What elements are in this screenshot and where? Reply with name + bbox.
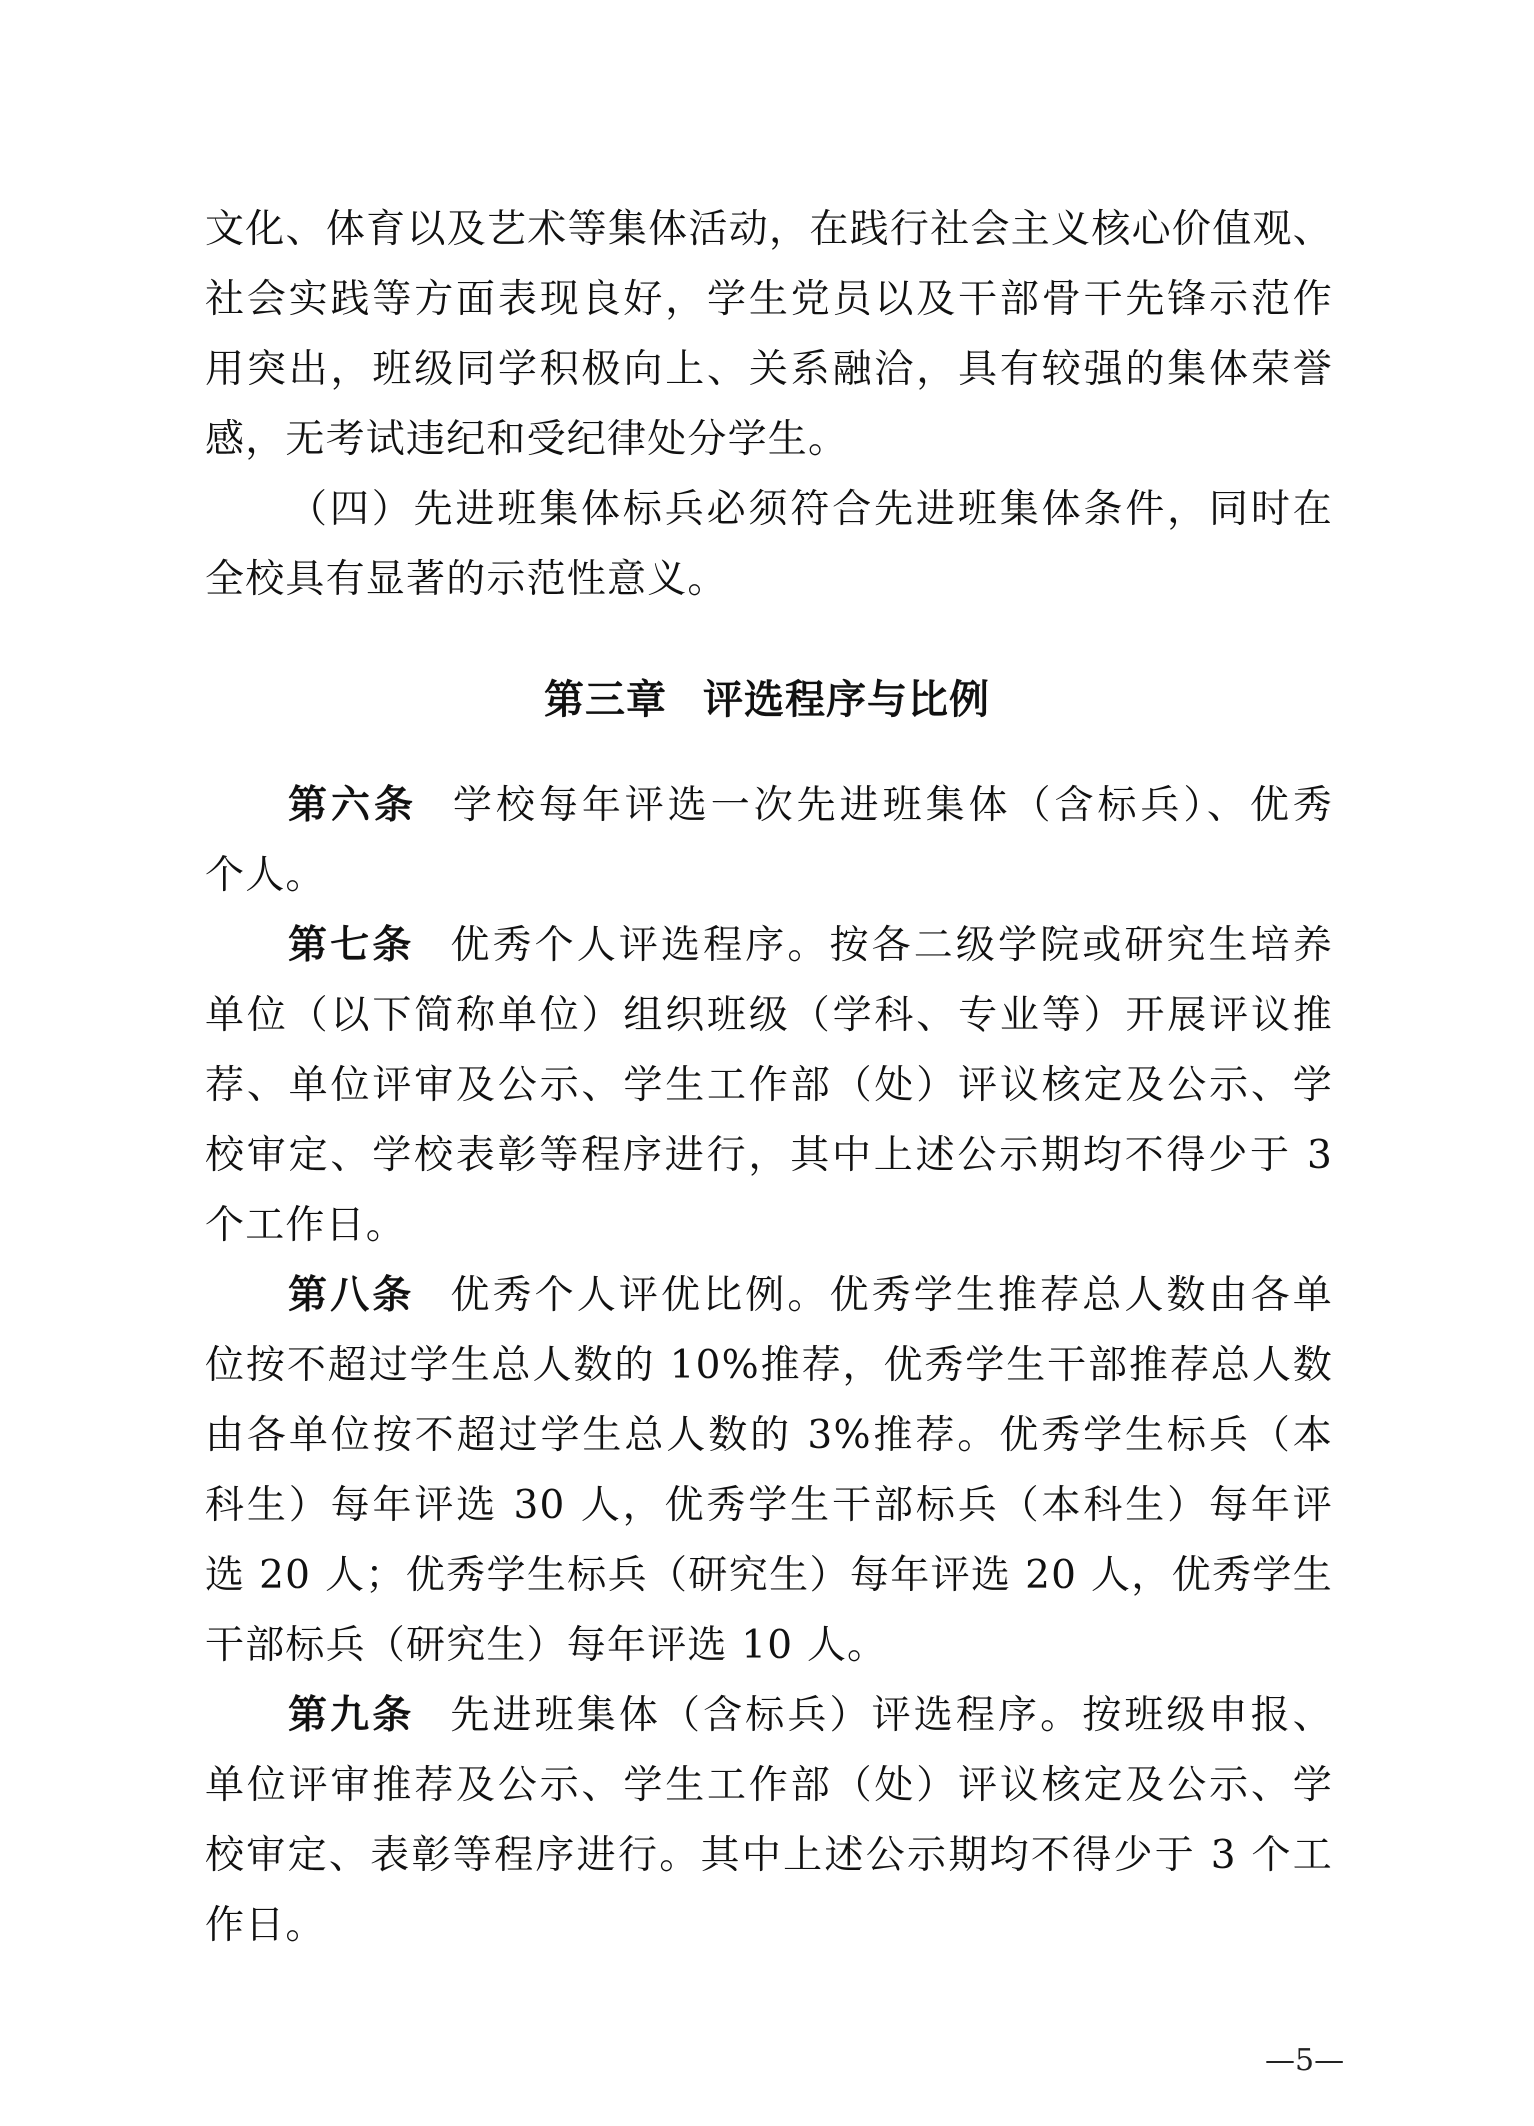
body-text-line: 由各单位按不超过学生总人数的 3%推荐。优秀学生标兵（本 [205,1412,1333,1460]
body-text-line: 科生）每年评选 30 人，优秀学生干部标兵（本科生）每年评 [205,1482,1333,1530]
article-label: 第九条 [288,1693,414,1738]
body-text-line: （四）先进班集体标兵必须符合先进班集体条件，同时在 [288,486,1333,534]
article-first-line: 第七条优秀个人评选程序。按各二级学院或研究生培养 [288,922,1333,970]
body-text-line: 用突出，班级同学积极向上、关系融洽，具有较强的集体荣誉 [205,346,1333,394]
chapter-number: 第三章 [544,677,667,723]
body-text-line: 单位评审推荐及公示、学生工作部（处）评议核定及公示、学 [205,1762,1333,1810]
body-text-line: 单位（以下简称单位）组织班级（学科、专业等）开展评议推 [205,992,1333,1040]
article-label: 第六条 [288,783,417,828]
body-text-line: 位按不超过学生总人数的 10%推荐，优秀学生干部推荐总人数 [205,1342,1333,1390]
article-text: 先进班集体（含标兵）评选程序。按班级申报、 [450,1693,1333,1738]
body-text-line: 全校具有显著的示范性意义。 [205,556,1333,604]
page-number: —5— [1265,2043,1344,2079]
article-text: 优秀个人评优比例。优秀学生推荐总人数由各单 [450,1273,1333,1318]
chapter-title: 评选程序与比例 [703,677,990,723]
article-text: 优秀个人评选程序。按各二级学院或研究生培养 [450,923,1333,968]
article-first-line: 第八条优秀个人评优比例。优秀学生推荐总人数由各单 [288,1272,1333,1320]
body-text-line: 干部标兵（研究生）每年评选 10 人。 [205,1622,1333,1670]
body-text-line: 个工作日。 [205,1202,1333,1250]
body-text-line: 荐、单位评审及公示、学生工作部（处）评议核定及公示、学 [205,1062,1333,1110]
article-first-line: 第六条学校每年评选一次先进班集体（含标兵）、优秀 [288,782,1333,830]
article-text: 学校每年评选一次先进班集体（含标兵）、优秀 [453,783,1333,828]
body-text-line: 校审定、学校表彰等程序进行，其中上述公示期均不得少于 3 [205,1132,1333,1180]
chapter-heading: 第三章评选程序与比例 [0,676,1534,724]
body-text-line: 文化、体育以及艺术等集体活动，在践行社会主义核心价值观、 [205,206,1333,254]
body-text-line: 校审定、表彰等程序进行。其中上述公示期均不得少于 3 个工 [205,1832,1333,1880]
body-text-line: 作日。 [205,1902,1333,1950]
body-text-line: 感，无考试违纪和受纪律处分学生。 [205,416,1333,464]
article-first-line: 第九条先进班集体（含标兵）评选程序。按班级申报、 [288,1692,1333,1740]
body-text-line: 社会实践等方面表现良好，学生党员以及干部骨干先锋示范作 [205,276,1333,324]
body-text-line: 个人。 [205,852,1333,900]
body-text-line: 选 20 人；优秀学生标兵（研究生）每年评选 20 人，优秀学生 [205,1552,1333,1600]
article-label: 第七条 [288,923,414,968]
article-label: 第八条 [288,1273,414,1318]
document-page: 文化、体育以及艺术等集体活动，在践行社会主义核心价值观、 社会实践等方面表现良好… [0,0,1534,2126]
